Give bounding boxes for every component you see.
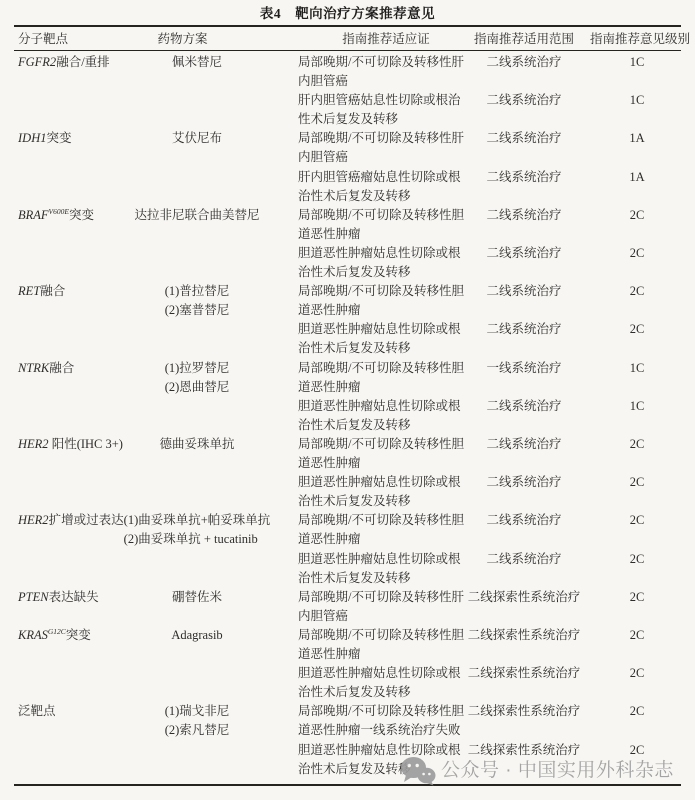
indication-line: 道恶性肿瘤一线系统治疗失败 bbox=[298, 721, 474, 740]
indication-line: 治性术后复发及转移 bbox=[298, 683, 474, 702]
drug-line: (2)索凡替尼 bbox=[165, 721, 230, 740]
table-number-label: 表4 bbox=[260, 6, 281, 21]
drug-line: (2)恩曲替尼 bbox=[165, 378, 230, 397]
col-header-indication: 指南推荐适应证 bbox=[298, 29, 474, 49]
indication-line: 局部晚期/不可切除及转移性肝 bbox=[298, 588, 474, 607]
drug-cell: 硼替佐米 bbox=[122, 588, 272, 607]
indication-line: 局部晚期/不可切除及转移性胆 bbox=[298, 702, 474, 721]
watermark: 公众号 · 中国实用外科杂志 bbox=[400, 753, 674, 789]
scope-cell: 二线系统治疗 bbox=[458, 206, 590, 225]
scope-cell: 一线系统治疗 bbox=[458, 359, 590, 378]
table-group-row: HER2扩增或过表达(1)曲妥珠单抗+帕妥珠单抗(2)曲妥珠单抗 + tucat… bbox=[0, 511, 695, 587]
scope-cell: 二线系统治疗 bbox=[458, 244, 590, 263]
drug-cell: (1)曲妥珠单抗+帕妥珠单抗(2)曲妥珠单抗 + tucatinib bbox=[122, 511, 272, 549]
scope-cell: 二线系统治疗 bbox=[458, 511, 590, 530]
drug-cell: Adagrasib bbox=[122, 626, 272, 645]
indication-line: 局部晚期/不可切除及转移性胆 bbox=[298, 206, 474, 225]
drug-lines: (1)瑞戈非尼(2)索凡替尼 bbox=[165, 702, 230, 740]
grade-cell: 2C bbox=[590, 550, 684, 569]
drug-cell: 佩米替尼 bbox=[122, 53, 272, 72]
indication-line: 道恶性肿瘤 bbox=[298, 645, 474, 664]
drug-line: (1)瑞戈非尼 bbox=[165, 702, 230, 721]
grade-cell: 2C bbox=[590, 282, 684, 301]
indication-line: 局部晚期/不可切除及转移性胆 bbox=[298, 435, 474, 454]
col-header-grade: 指南推荐意见级别 bbox=[590, 29, 684, 49]
gene-symbol: FGFR2 bbox=[18, 55, 56, 69]
grade-cell: 2C bbox=[590, 664, 684, 683]
gene-symbol: HER2 bbox=[18, 513, 49, 527]
drug-line: (1)拉罗替尼 bbox=[165, 359, 230, 378]
table-group-row: NTRK融合(1)拉罗替尼(2)恩曲替尼局部晚期/不可切除及转移性胆道恶性肿瘤一… bbox=[0, 359, 695, 435]
grade-cell: 2C bbox=[590, 473, 684, 492]
table-group-row: IDH1突变艾伏尼布局部晚期/不可切除及转移性肝内胆管癌二线系统治疗1A肝内胆管… bbox=[0, 129, 695, 205]
drug-line: 艾伏尼布 bbox=[172, 129, 222, 148]
drug-line: 达拉非尼联合曲美替尼 bbox=[134, 206, 259, 225]
drug-cell: (1)普拉替尼(2)塞普替尼 bbox=[122, 282, 272, 320]
scope-cell: 二线系统治疗 bbox=[458, 435, 590, 454]
indication-line: 局部晚期/不可切除及转移性胆 bbox=[298, 282, 474, 301]
grade-cell: 1A bbox=[590, 129, 684, 148]
indication-line: 胆道恶性肿瘤姑息性切除或根 bbox=[298, 664, 474, 683]
grade-cell: 1C bbox=[590, 53, 684, 72]
table-group-row: HER2 阳性(IHC 3+)德曲妥珠单抗局部晚期/不可切除及转移性胆道恶性肿瘤… bbox=[0, 435, 695, 511]
table-group-row: KRASG12C突变Adagrasib局部晚期/不可切除及转移性胆道恶性肿瘤二线… bbox=[0, 626, 695, 702]
gene-symbol: IDH1 bbox=[18, 131, 46, 145]
drug-lines: Adagrasib bbox=[171, 626, 222, 645]
indication-line: 道恶性肿瘤 bbox=[298, 301, 474, 320]
gene-symbol: HER2 bbox=[18, 437, 49, 451]
grade-cell: 2C bbox=[590, 206, 684, 225]
grade-cell: 2C bbox=[590, 626, 684, 645]
indication-line: 治性术后复发及转移 bbox=[298, 263, 474, 282]
indication-line: 治性术后复发及转移 bbox=[298, 492, 474, 511]
scope-cell: 二线探索性系统治疗 bbox=[458, 588, 590, 607]
table-group-row: RET融合(1)普拉替尼(2)塞普替尼局部晚期/不可切除及转移性胆道恶性肿瘤二线… bbox=[0, 282, 695, 358]
scope-cell: 二线系统治疗 bbox=[458, 53, 590, 72]
indication-line: 胆道恶性肿瘤姑息性切除或根 bbox=[298, 244, 474, 263]
wechat-icon bbox=[400, 756, 436, 786]
drug-line: 德曲妥珠单抗 bbox=[159, 435, 234, 454]
indication-line: 局部晚期/不可切除及转移性胆 bbox=[298, 359, 474, 378]
drug-line: 佩米替尼 bbox=[172, 53, 222, 72]
grade-cell: 1C bbox=[590, 397, 684, 416]
grade-cell: 2C bbox=[590, 588, 684, 607]
drug-line: (1)普拉替尼 bbox=[165, 282, 230, 301]
drug-cell: (1)拉罗替尼(2)恩曲替尼 bbox=[122, 359, 272, 397]
indication-line: 性术后复发及转移 bbox=[298, 110, 474, 129]
watermark-text: 公众号 · 中国实用外科杂志 bbox=[441, 753, 674, 789]
indication-line: 内胆管癌 bbox=[298, 607, 474, 626]
scope-cell: 二线系统治疗 bbox=[458, 473, 590, 492]
scope-cell: 二线系统治疗 bbox=[458, 397, 590, 416]
grade-cell: 1C bbox=[590, 91, 684, 110]
col-header-molecular-target: 分子靶点 bbox=[18, 29, 68, 49]
indication-line: 胆道恶性肿瘤姑息性切除或根 bbox=[298, 320, 474, 339]
drug-cell: (1)瑞戈非尼(2)索凡替尼 bbox=[122, 702, 272, 740]
grade-cell: 1C bbox=[590, 359, 684, 378]
indication-line: 肝内胆管癌姑息性切除或根治 bbox=[298, 91, 474, 110]
indication-line: 局部晚期/不可切除及转移性胆 bbox=[298, 626, 474, 645]
drug-line: 硼替佐米 bbox=[172, 588, 222, 607]
drug-cell: 德曲妥珠单抗 bbox=[122, 435, 272, 454]
drug-lines: (1)普拉替尼(2)塞普替尼 bbox=[165, 282, 230, 320]
table-title: 表4靶向治疗方案推荐意见 bbox=[0, 4, 695, 24]
drug-lines: 佩米替尼 bbox=[172, 53, 222, 72]
grade-cell: 2C bbox=[590, 702, 684, 721]
grade-cell: 1A bbox=[590, 168, 684, 187]
indication-line: 内胆管癌 bbox=[298, 72, 474, 91]
gene-mutation-superscript: V600E bbox=[49, 207, 69, 216]
drug-line: (2)塞普替尼 bbox=[165, 301, 230, 320]
table-group-row: BRAFV600E突变达拉非尼联合曲美替尼局部晚期/不可切除及转移性胆道恶性肿瘤… bbox=[0, 206, 695, 282]
scanned-table-page: 表4靶向治疗方案推荐意见 分子靶点 药物方案 指南推荐适应证 指南推荐适用范围 … bbox=[0, 0, 695, 800]
col-header-drug-regimen: 药物方案 bbox=[110, 29, 255, 49]
indication-line: 道恶性肿瘤 bbox=[298, 225, 474, 244]
indication-line: 道恶性肿瘤 bbox=[298, 530, 474, 549]
indication-line: 内胆管癌 bbox=[298, 148, 474, 167]
drug-cell: 达拉非尼联合曲美替尼 bbox=[122, 206, 272, 225]
indication-line: 道恶性肿瘤 bbox=[298, 378, 474, 397]
table-header-rule bbox=[14, 50, 681, 51]
gene-symbol: PTEN bbox=[18, 590, 49, 604]
table-body: FGFR2融合/重排佩米替尼局部晚期/不可切除及转移性肝内胆管癌二线系统治疗1C… bbox=[0, 53, 695, 779]
scope-cell: 二线系统治疗 bbox=[458, 550, 590, 569]
grade-cell: 2C bbox=[590, 435, 684, 454]
table-group-row: PTEN表达缺失硼替佐米局部晚期/不可切除及转移性肝内胆管癌二线探索性系统治疗2… bbox=[0, 588, 695, 626]
drug-lines: 德曲妥珠单抗 bbox=[159, 435, 234, 454]
scope-cell: 二线系统治疗 bbox=[458, 91, 590, 110]
scope-cell: 二线探索性系统治疗 bbox=[458, 626, 590, 645]
drug-lines: 达拉非尼联合曲美替尼 bbox=[134, 206, 259, 225]
scope-cell: 二线探索性系统治疗 bbox=[458, 702, 590, 721]
col-header-scope: 指南推荐适用范围 bbox=[458, 29, 590, 49]
grade-cell: 2C bbox=[590, 244, 684, 263]
table-group-row: FGFR2融合/重排佩米替尼局部晚期/不可切除及转移性肝内胆管癌二线系统治疗1C… bbox=[0, 53, 695, 129]
gene-symbol: NTRK bbox=[18, 361, 49, 375]
indication-line: 局部晚期/不可切除及转移性肝 bbox=[298, 53, 474, 72]
indication-line: 治性术后复发及转移 bbox=[298, 416, 474, 435]
indication-line: 治性术后复发及转移 bbox=[298, 339, 474, 358]
drug-line: (1)曲妥珠单抗+帕妥珠单抗 bbox=[124, 511, 271, 530]
grade-cell: 2C bbox=[590, 320, 684, 339]
indication-line: 肝内胆管癌瘤姑息性切除或根 bbox=[298, 168, 474, 187]
drug-lines: 艾伏尼布 bbox=[172, 129, 222, 148]
drug-lines: (1)曲妥珠单抗+帕妥珠单抗(2)曲妥珠单抗 + tucatinib bbox=[124, 511, 271, 549]
scope-cell: 二线系统治疗 bbox=[458, 168, 590, 187]
gene-symbol: KRAS bbox=[18, 628, 48, 642]
gene-mutation-superscript: G12C bbox=[48, 627, 66, 636]
scope-cell: 二线系统治疗 bbox=[458, 282, 590, 301]
indication-line: 局部晚期/不可切除及转移性肝 bbox=[298, 129, 474, 148]
scope-cell: 二线系统治疗 bbox=[458, 129, 590, 148]
scope-cell: 二线系统治疗 bbox=[458, 320, 590, 339]
grade-cell: 2C bbox=[590, 511, 684, 530]
gene-symbol: RET bbox=[18, 284, 40, 298]
gene-symbol: BRAF bbox=[18, 208, 49, 222]
indication-line: 胆道恶性肿瘤姑息性切除或根 bbox=[298, 397, 474, 416]
indication-line: 胆道恶性肿瘤姑息性切除或根 bbox=[298, 473, 474, 492]
indication-line: 局部晚期/不可切除及转移性胆 bbox=[298, 511, 474, 530]
drug-line: Adagrasib bbox=[171, 626, 222, 645]
drug-line: (2)曲妥珠单抗 + tucatinib bbox=[124, 530, 271, 549]
table-title-text: 靶向治疗方案推荐意见 bbox=[295, 6, 435, 21]
scope-cell: 二线探索性系统治疗 bbox=[458, 664, 590, 683]
drug-lines: 硼替佐米 bbox=[172, 588, 222, 607]
indication-line: 治性术后复发及转移 bbox=[298, 569, 474, 588]
drug-cell: 艾伏尼布 bbox=[122, 129, 272, 148]
indication-line: 治性术后复发及转移 bbox=[298, 187, 474, 206]
indication-line: 道恶性肿瘤 bbox=[298, 454, 474, 473]
indication-line: 胆道恶性肿瘤姑息性切除或根 bbox=[298, 550, 474, 569]
drug-lines: (1)拉罗替尼(2)恩曲替尼 bbox=[165, 359, 230, 397]
table-top-rule bbox=[14, 25, 681, 27]
